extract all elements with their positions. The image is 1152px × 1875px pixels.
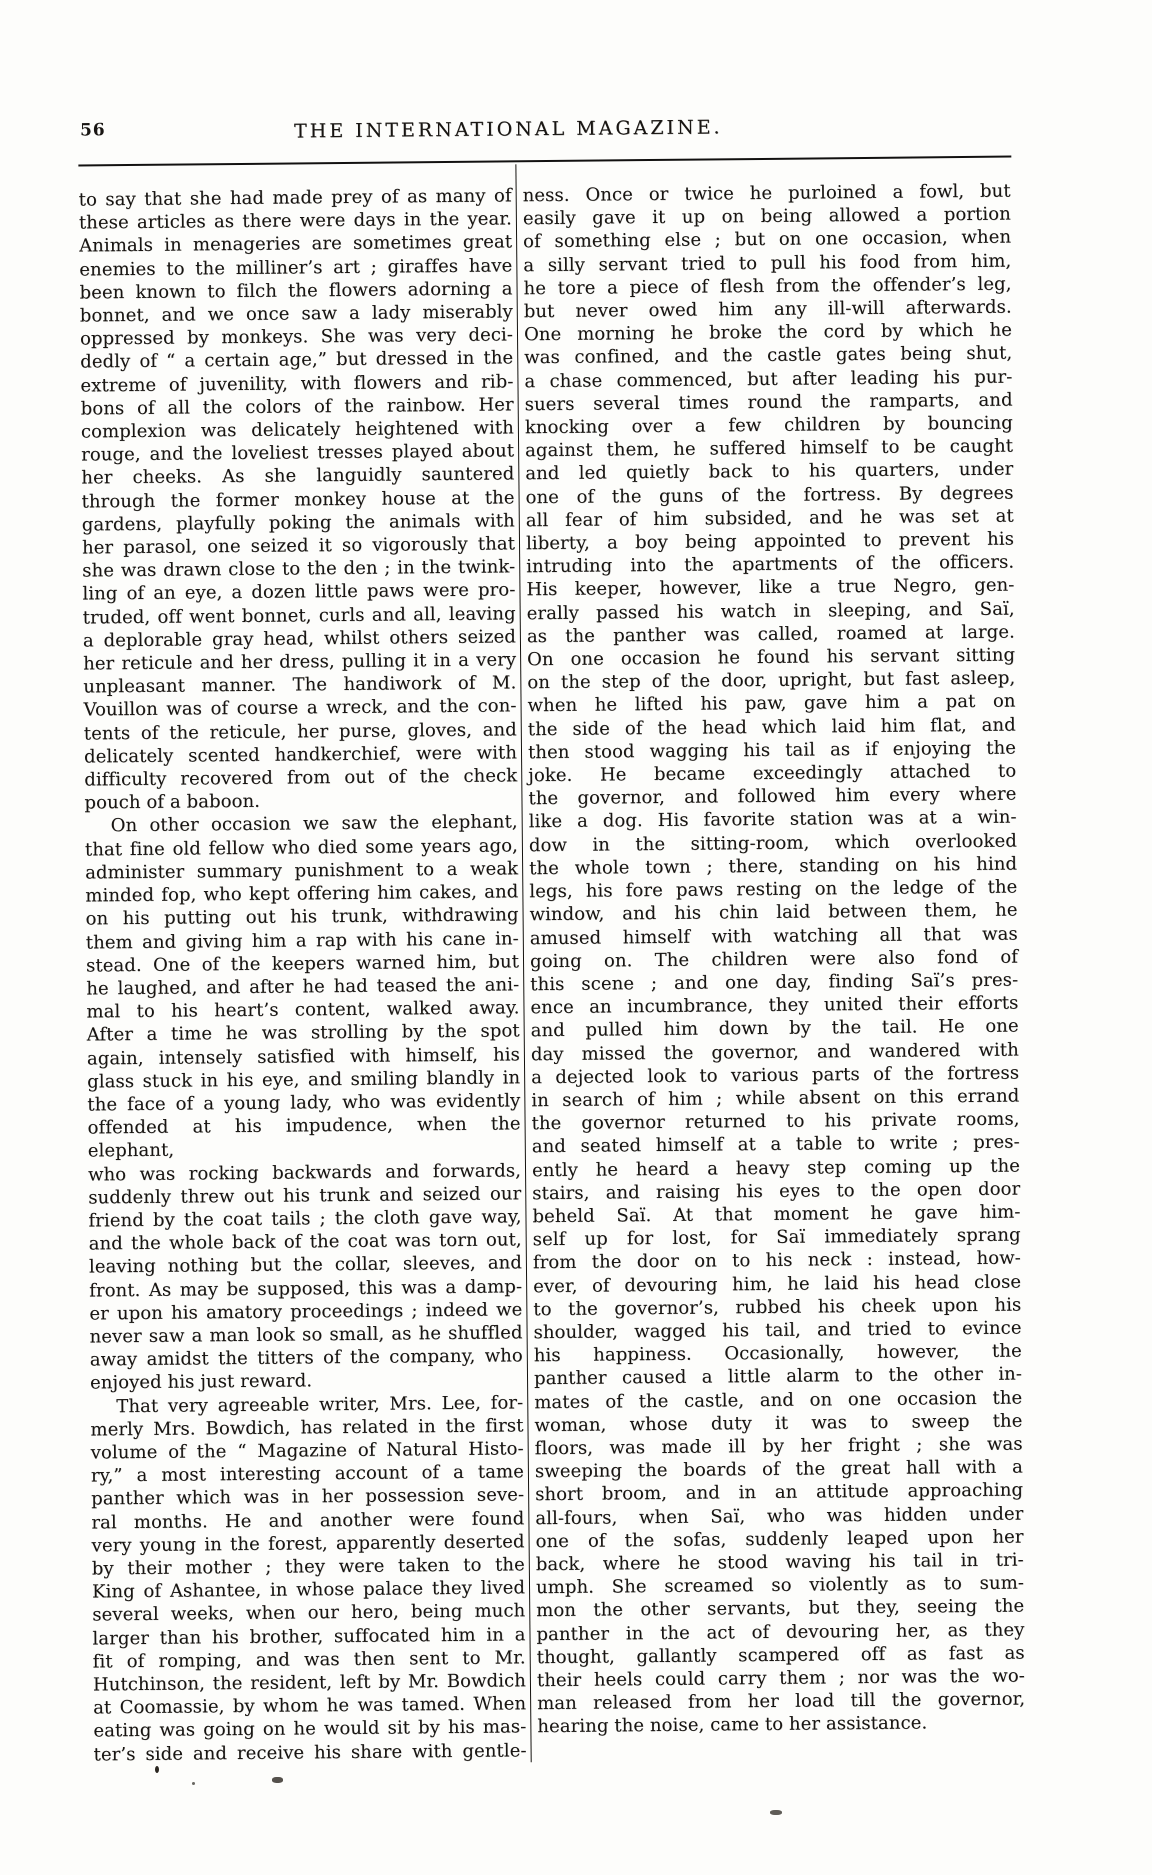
paragraph: That very agreeable writer, Mrs. Lee, fo… <box>90 1391 527 1766</box>
text-line: difficulty recovered from out of the che… <box>84 764 517 791</box>
text-line: away amidst the titters of the company, … <box>90 1344 523 1371</box>
paragraph: to say that she had made prey of as many… <box>79 184 518 815</box>
paragraph: ness. Once or twice he purloined a fowl,… <box>523 180 1026 1739</box>
page-content: 56 THE INTERNATIONAL MAGAZINE. to say th… <box>78 108 1027 1767</box>
right-column: ness. Once or twice he purloined a fowl,… <box>523 180 1026 1739</box>
scanned-page: 56 THE INTERNATIONAL MAGAZINE. to say th… <box>0 0 1152 1875</box>
ink-speck <box>272 1777 283 1783</box>
ink-speck <box>192 1782 195 1785</box>
text-line: After a time he was strolling by the spo… <box>87 1020 520 1047</box>
left-column: to say that she had made prey of as many… <box>79 184 527 1766</box>
text-line: on his putting out his trunk, withdrawin… <box>85 904 518 931</box>
text-line: hearing the noise, came to her assistanc… <box>537 1711 1025 1739</box>
ink-speck <box>155 1766 159 1773</box>
text-line: offended at his impudence, when the elep… <box>87 1112 520 1163</box>
ink-speck <box>770 1810 782 1815</box>
text-line: ter’s side and receive his share with ge… <box>94 1739 527 1766</box>
page-number: 56 <box>80 120 106 140</box>
text-columns: to say that she had made prey of as many… <box>79 180 1027 1767</box>
text-line: leaving nothing but the collar, sleeves,… <box>89 1252 522 1279</box>
header-rule <box>78 156 1011 167</box>
magazine-title: THE INTERNATIONAL MAGAZINE. <box>294 116 723 142</box>
paragraph: On other occasion we saw the elephant,th… <box>85 811 524 1395</box>
page-header: 56 THE INTERNATIONAL MAGAZINE. <box>78 108 1011 167</box>
